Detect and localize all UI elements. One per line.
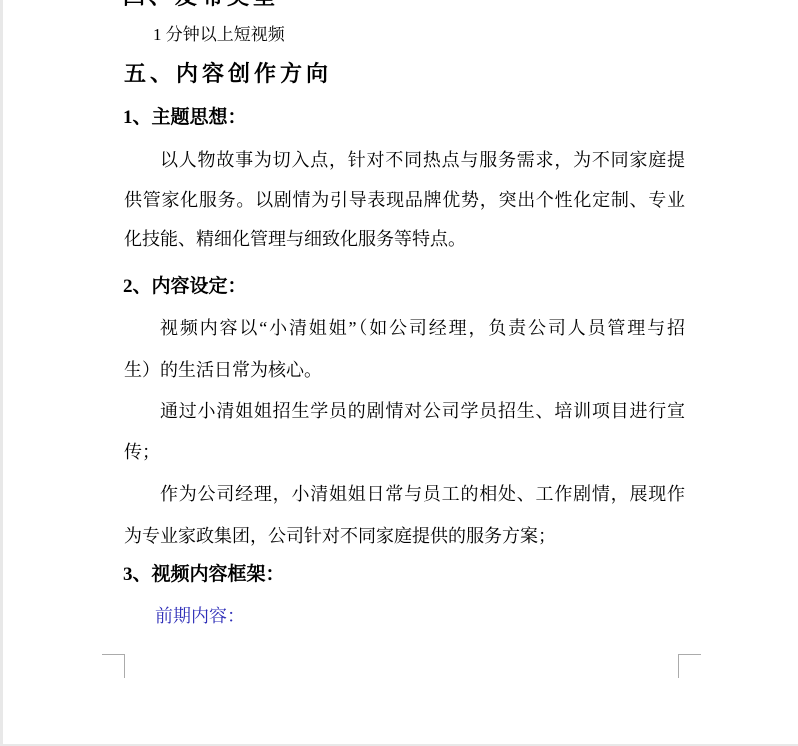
paragraph-line: 视频内容以“小清姐姐”（如公司经理，负责公司人员管理与招: [160, 319, 685, 337]
item1-heading: 1、主题思想：: [123, 108, 247, 127]
early-stage-label: 前期内容：: [155, 607, 245, 625]
section5-heading: 五、内容创作方向: [124, 63, 332, 85]
paragraph-line: 通过小清姐姐招生学员的剧情对公司学员招生、培训项目进行宣: [160, 402, 685, 420]
paragraph-line: 为专业家政集团，公司针对不同家庭提供的服务方案；: [124, 527, 556, 545]
video-length-note: 1 分钟以上短视频: [153, 26, 285, 43]
text-boundary-mark-right: [678, 654, 701, 678]
paragraph-line: 生）的生活日常为核心。: [124, 361, 322, 379]
paragraph-line: 传；: [124, 443, 160, 461]
item3-heading: 3、视频内容框架：: [123, 565, 285, 584]
paragraph-line: 供管家化服务。以剧情为引导表现品牌优势，突出个性化定制、专业: [124, 191, 685, 209]
section4-heading-text: 四、发布类型: [123, 0, 523, 8]
paragraph-line: 以人物故事为切入点，针对不同热点与服务需求，为不同家庭提: [160, 151, 685, 169]
section4-heading-clipped: 四、发布类型: [123, 0, 523, 9]
page-left-edge: [0, 0, 3, 746]
paragraph-line: 化技能、精细化管理与细致化服务等特点。: [124, 230, 466, 248]
text-boundary-mark-left: [102, 654, 125, 678]
item2-heading: 2、内容设定：: [123, 277, 247, 296]
document-page[interactable]: 四、发布类型 1 分钟以上短视频 五、内容创作方向 1、主题思想： 以人物故事为…: [0, 0, 798, 746]
paragraph-line: 作为公司经理，小清姐姐日常与员工的相处、工作剧情，展现作: [160, 485, 685, 503]
